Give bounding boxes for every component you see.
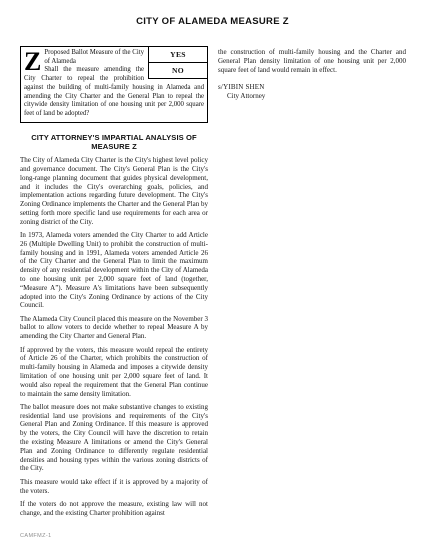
no-option: NO	[149, 63, 207, 79]
document-page: CITY OF ALAMEDA MEASURE Z YES NO Z Propo…	[0, 0, 425, 550]
page-title: CITY OF ALAMEDA MEASURE Z	[0, 16, 425, 27]
analysis-paragraph-5: The ballot measure does not make substan…	[20, 403, 208, 473]
signature-name: s/YIBIN SHEN	[218, 83, 406, 92]
analysis-body: The City of Alameda City Charter is the …	[20, 156, 208, 517]
analysis-paragraph-7: If the voters do not approve the measure…	[20, 500, 208, 518]
ballot-measure-box: YES NO Z Proposed Ballot Measure of the …	[20, 46, 208, 123]
analysis-paragraph-1: The City of Alameda City Charter is the …	[20, 156, 208, 226]
analysis-heading: CITY ATTORNEY'S IMPARTIAL ANALYSIS OF ME…	[26, 133, 202, 152]
yes-no-choice-box: YES NO	[148, 47, 207, 79]
footer-code: CAMFMZ-1	[20, 533, 52, 539]
analysis-paragraph-4: If approved by the voters, this measure …	[20, 346, 208, 399]
measure-letter-dropcap: Z	[24, 49, 41, 74]
yes-option: YES	[149, 47, 207, 63]
analysis-continuation: the construction of multi-family housing…	[218, 48, 406, 74]
signature-title: City Attorney	[227, 92, 406, 101]
analysis-paragraph-6: This measure would take effect if it is …	[20, 478, 208, 496]
left-column: YES NO Z Proposed Ballot Measure of the …	[20, 46, 208, 517]
analysis-paragraph-3: The Alameda City Council placed this mea…	[20, 315, 208, 341]
right-column: the construction of multi-family housing…	[218, 48, 406, 101]
analysis-paragraph-2: In 1973, Alameda voters amended the City…	[20, 231, 208, 310]
